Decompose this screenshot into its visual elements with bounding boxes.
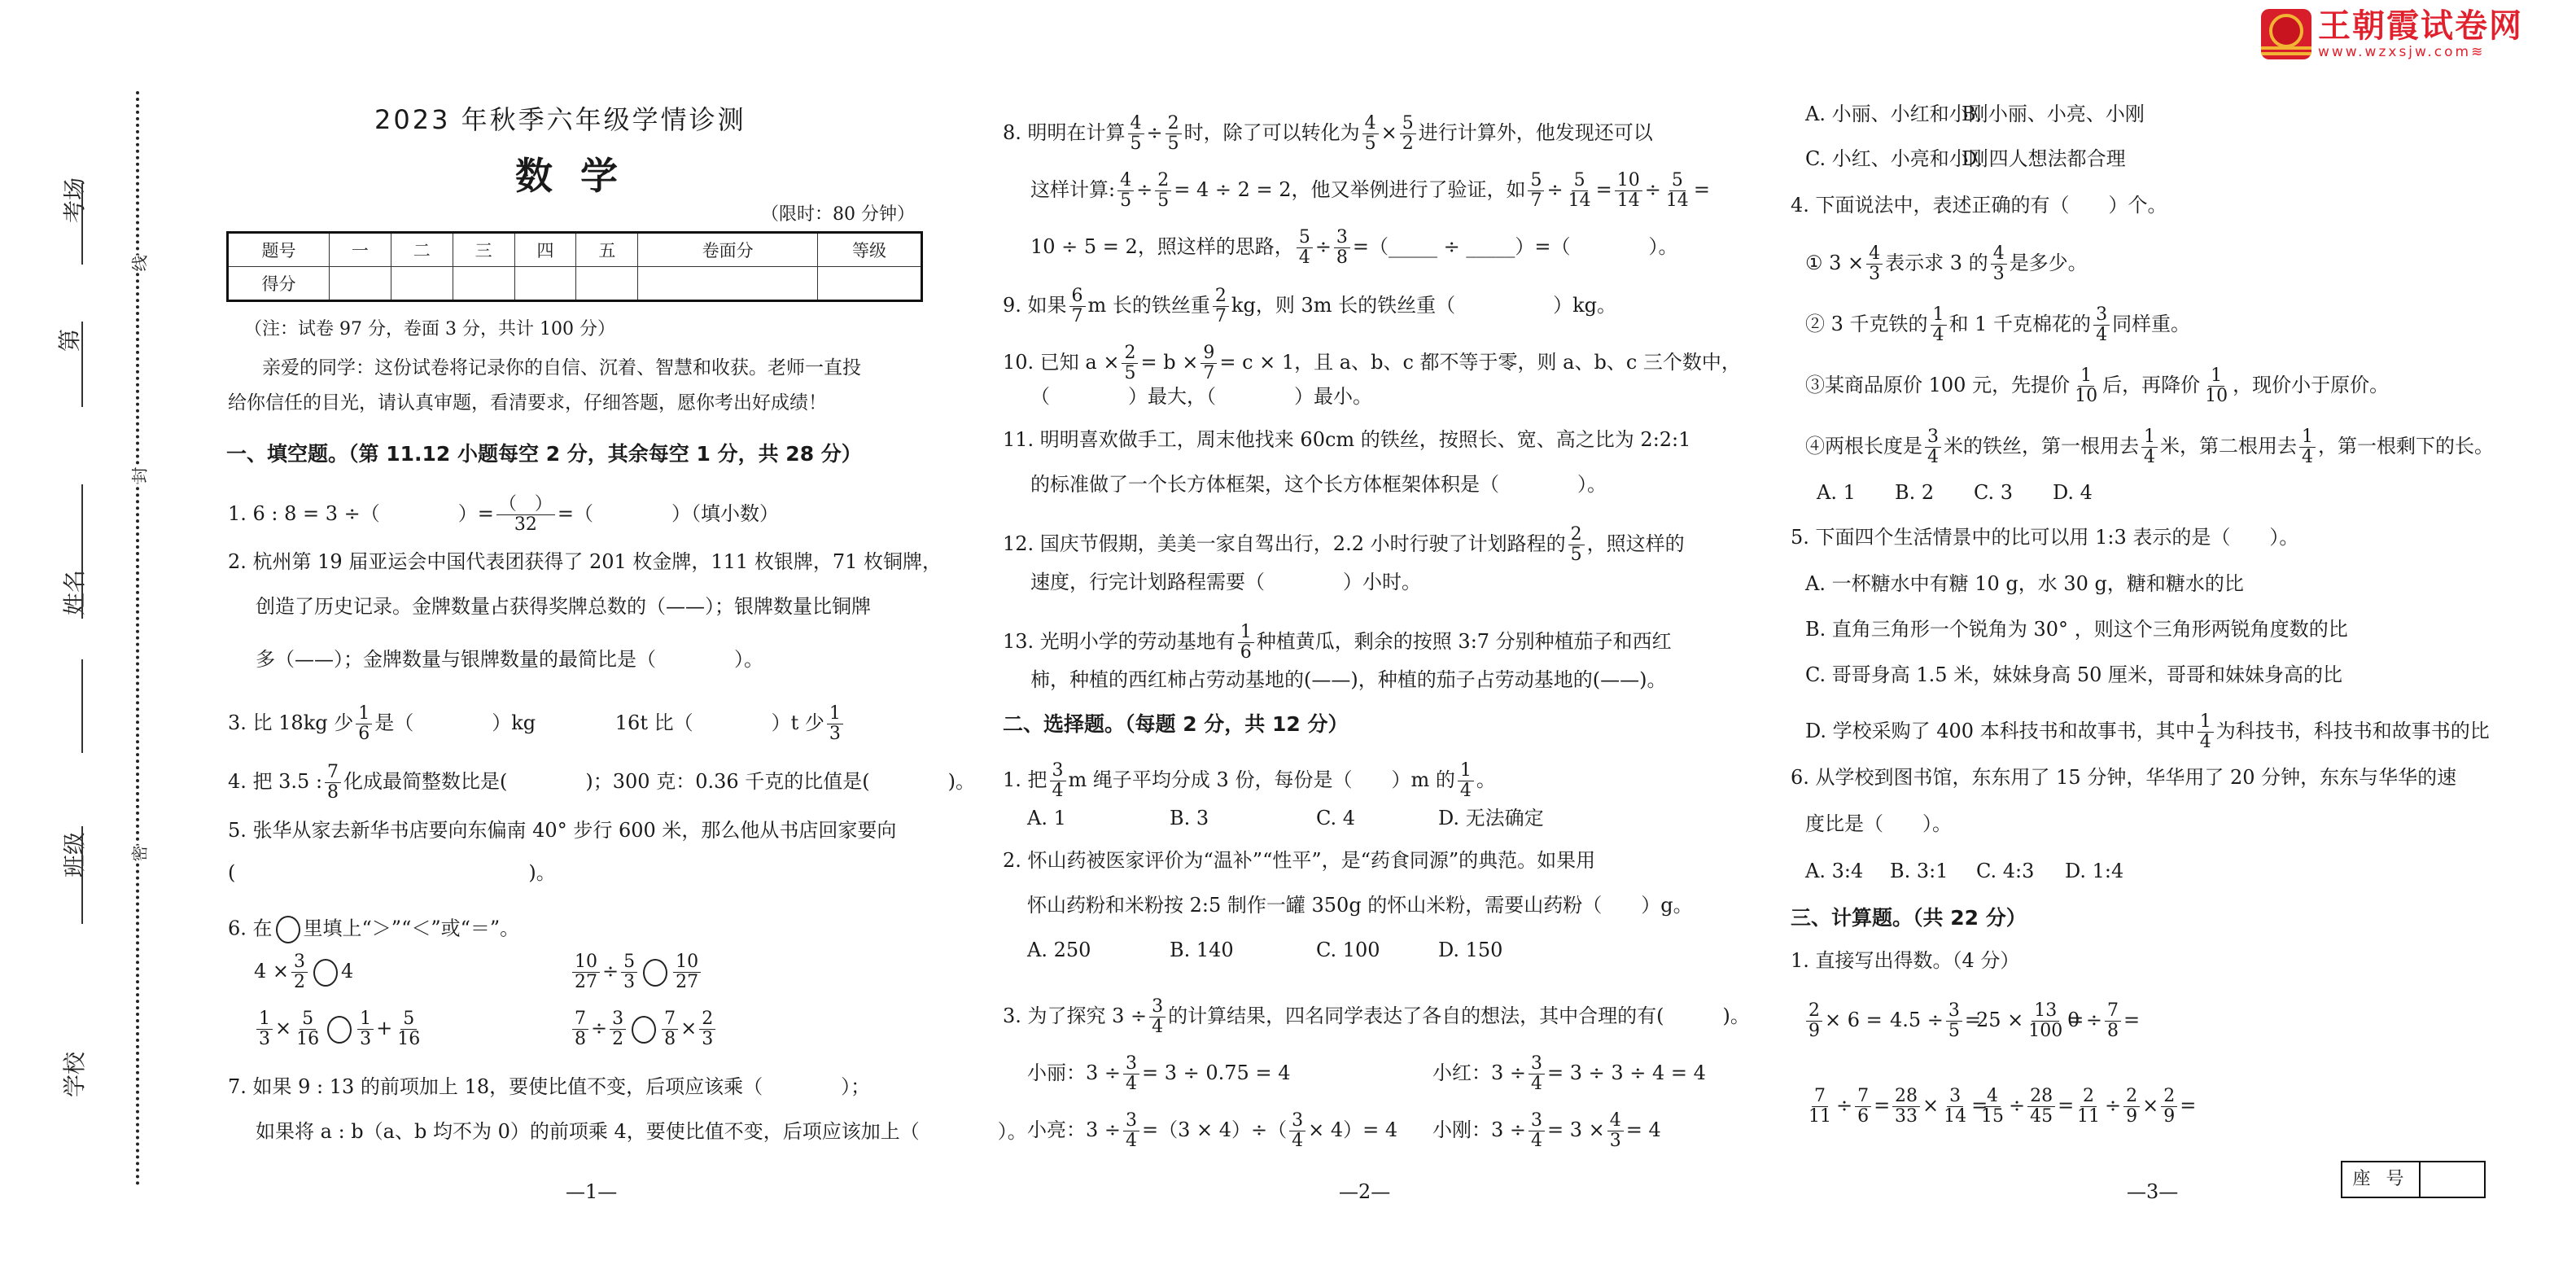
seat-number-input[interactable] — [2421, 1162, 2484, 1197]
logo-title: 王朝霞试卷网 — [2318, 8, 2523, 44]
question-1-3: 3. 比 18kg 少16是（ ）kg 16t 比（ ）t 少13 — [228, 704, 846, 744]
choice-2-3-stem: 3. 为了探究 3 ÷34的计算结果，四名同学表达了各自的想法，其中合理的有( … — [1003, 997, 1750, 1037]
compare-expr-4: 78÷3278×23 — [570, 1009, 718, 1049]
question-1-11-line1: 11. 明明喜欢做手工，周末他找来 60cm 的铁丝，按照长、宽、高之比为 2:… — [1003, 427, 1690, 452]
student-xiaogang-method: 小刚：3 ÷34= 3 ×43= 4 — [1432, 1111, 1661, 1151]
exam-room-blank — [81, 183, 83, 265]
name-field-blank[interactable] — [81, 484, 83, 619]
seat-order-blank — [81, 322, 83, 407]
score-cell: 得分 — [228, 267, 330, 301]
calc-item: 711÷76= — [1804, 1087, 1890, 1127]
compare-circle-icon — [276, 916, 300, 943]
score-input-cell[interactable] — [818, 267, 922, 301]
page-number-2: —2— — [1339, 1180, 1390, 1203]
question-1-8-line3: 10 ÷ 5 = 2，照这样的思路，54÷38=（_____ ÷ _____）=… — [1030, 228, 1678, 268]
question-1-12-line2: 速度，行完计划路程需要（ ）小时。 — [1030, 570, 1421, 594]
question-1-13-line2: 柿，种植的西红柿占劳动基地的(——)，种植的茄子占劳动基地的(——)。 — [1030, 667, 1666, 692]
choice-2-1: 1. 把34m 绳子平均分成 3 份，每份是（ ）m 的14。 — [1003, 761, 1496, 801]
choice-2-5-option-d[interactable]: D. 学校采购了 400 本科技书和故事书，其中14为科技书，科技书和故事书的比 — [1805, 712, 2490, 752]
seat-order-label: 第 — [52, 329, 85, 352]
score-input-cell[interactable] — [638, 267, 818, 301]
student-xiaoli-method: 小丽：3 ÷34= 3 ÷ 0.75 = 4 — [1027, 1054, 1290, 1094]
statement-3: ③某商品原价 100 元，先提价110后，再降价110，现价小于原价。 — [1805, 366, 2389, 406]
logo-badge-icon — [2261, 9, 2311, 59]
score-input-cell[interactable] — [391, 267, 453, 301]
student-xiaoliang-method: 小亮：3 ÷34=（3 × 4）÷（34× 4）= 4 — [1027, 1111, 1397, 1151]
question-1-4: 4. 把 3.5 :78化成最简整数比是( )；300 克：0.36 千克的比值… — [228, 763, 975, 803]
score-cell: 一 — [330, 233, 391, 267]
name-label: 姓名 — [57, 570, 90, 615]
question-1-1: 1. 6 : 8 = 3 ÷（ ）=（ ）32=（ ）（填小数） — [228, 495, 779, 535]
greeting-line-1: 亲爱的同学：这份试卷将记录你的自信、沉着、智慧和收获。老师一直投 — [262, 356, 861, 380]
score-cell: 等级 — [818, 233, 922, 267]
choice-2-4-option-c[interactable]: C. 3 — [1974, 480, 2013, 505]
question-1-8-line1: 8. 明明在计算45÷25时，除了可以转化为45×52进行计算外，他发现还可以 — [1003, 114, 1653, 154]
choice-2-6-option-d[interactable]: D. 1:4 — [2065, 859, 2123, 883]
seat-number-label: 座 号 — [2342, 1162, 2421, 1197]
score-input-cell[interactable] — [330, 267, 391, 301]
logo-url: www.wzxsjw.com≋ — [2318, 44, 2523, 60]
section-2-title: 二、选择题。（每题 2 分，共 12 分） — [1003, 708, 1349, 737]
choice-2-4-option-a[interactable]: A. 1 — [1817, 480, 1856, 505]
question-1-13-line1: 13. 光明小学的劳动基地有16种植黄瓜，剩余的按照 3:7 分别种植茄子和西红 — [1003, 623, 1672, 663]
score-table-score-row: 得分 — [228, 267, 922, 301]
statement-4: ④两根长度是34米的铁丝，第一根用去14米，第二根用去14，第一根剩下的长。 — [1805, 427, 2494, 467]
question-1-7-line2: 如果将 a : b（a、b 均不为 0）的前项乘 4，要使比值不变，后项应该加上… — [256, 1119, 1027, 1144]
score-input-cell[interactable] — [453, 267, 514, 301]
statement-2: ② 3 千克铁的14和 1 千克棉花的34同样重。 — [1805, 305, 2190, 345]
score-cell: 三 — [453, 233, 514, 267]
compare-expr-3: 13×51613+516 — [254, 1009, 425, 1049]
calc-item: 4.5 ÷35= — [1890, 1001, 1981, 1041]
school-field-blank[interactable] — [81, 826, 83, 924]
question-1-11-line2: 的标准做了一个长方体框架，这个长方体框架体积是（ ）。 — [1030, 472, 1607, 497]
choice-2-4-option-d[interactable]: D. 4 — [2053, 480, 2093, 505]
question-1-10-line2: （ ）最大，（ ）最小。 — [1030, 384, 1372, 409]
compare-expr-1: 4 ×324 — [254, 952, 353, 992]
calc-item: 2833×314= — [1890, 1087, 1988, 1127]
question-1-5-line1: 5. 张华从家去新华书店要向东偏南 40° 步行 600 米，那么他从书店回家要… — [228, 818, 896, 843]
cut-word-seal: 封 — [124, 467, 154, 484]
question-1-7-line1: 7. 如果 9 : 13 的前项加上 18，要使比值不变，后项应该乘（ ）； — [228, 1074, 870, 1099]
score-cell: 五 — [576, 233, 638, 267]
compare-circle-icon[interactable] — [632, 1016, 656, 1044]
score-input-cell[interactable] — [576, 267, 638, 301]
site-logo[interactable]: 王朝霞试卷网 www.wzxsjw.com≋ — [2261, 8, 2523, 60]
calc-item: 0 ÷78= — [2067, 1001, 2140, 1041]
calc-item: 211÷29×29= — [2072, 1087, 2196, 1127]
class-field-blank[interactable] — [81, 659, 83, 753]
choice-2-2-line1: 2. 怀山药被医家评价为“温补”“性平”，是“药食同源”的典范。如果用 — [1003, 848, 1595, 873]
choice-2-5-option-a[interactable]: A. 一杯糖水中有糖 10 g，水 30 g，糖和糖水的比 — [1805, 571, 2244, 596]
compare-circle-icon[interactable] — [327, 1016, 352, 1044]
section-3-title: 三、计算题。（共 22 分） — [1791, 902, 2027, 931]
question-1-12-line1: 12. 国庆节假期，美美一家自驾出行，2.2 小时行驶了计划路程的25，照这样的 — [1003, 525, 1685, 565]
cut-word-secret: 密 — [124, 846, 154, 862]
calc-item: 29× 6 = — [1804, 1001, 1883, 1041]
choice-2-1-option-b[interactable]: B. 3 — [1170, 806, 1209, 830]
score-table: 题号 一 二 三 四 五 卷面分 等级 得分 — [226, 231, 923, 302]
choice-2-6-option-a[interactable]: A. 3:4 — [1805, 859, 1863, 883]
greeting-line-2: 给你信任的目光，请认真审题，看清要求，仔细答题，愿你考出好成绩！ — [228, 391, 827, 415]
exam-title: 2023 年秋季六年级学情诊测 — [374, 99, 746, 137]
question-1-9: 9. 如果67m 长的铁丝重27kg，则 3m 长的铁丝重（ ）kg。 — [1003, 287, 1616, 326]
choice-2-6-line2: 度比是（ ）。 — [1805, 812, 1952, 836]
score-cell: 卷面分 — [638, 233, 818, 267]
class-label: 班级 — [57, 832, 90, 878]
compare-expr-2: 1027÷531027 — [570, 952, 703, 992]
question-1-6-stem: 6. 在里填上“＞”“＜”或“＝”。 — [228, 916, 519, 943]
score-input-cell[interactable] — [514, 267, 576, 301]
choice-2-1-option-d[interactable]: D. 无法确定 — [1438, 806, 1544, 830]
choice-2-3-option-b[interactable]: B. 小丽、小亮、小刚 — [1962, 102, 2145, 126]
choice-2-2-line2: 怀山药粉和米粉按 2:5 制作一罐 350g 的怀山米粉，需要山药粉（ ）g。 — [1027, 893, 1693, 917]
score-cell: 题号 — [228, 233, 330, 267]
choice-2-1-option-a[interactable]: A. 1 — [1027, 806, 1066, 830]
choice-2-3-option-a[interactable]: A. 小丽、小红和小刚 — [1805, 102, 1988, 126]
question-1-2-line3: 多（——）；金牌数量与银牌数量的最简比是（ ）。 — [256, 647, 763, 672]
question-1-8-line2: 这样计算:45÷25= 4 ÷ 2 = 2，他又举例进行了验证，如57÷514=… — [1030, 171, 1710, 211]
choice-2-1-option-c[interactable]: C. 4 — [1316, 806, 1355, 830]
cut-word-line: 线 — [124, 256, 154, 272]
choice-2-5-option-b[interactable]: B. 直角三角形一个锐角为 30° ，则这个三角形两锐角度数的比 — [1805, 617, 2348, 641]
choice-2-2-option-a[interactable]: A. 250 — [1027, 938, 1091, 962]
choice-2-2-option-c[interactable]: C. 100 — [1316, 938, 1380, 962]
choice-2-6-option-c[interactable]: C. 4:3 — [1976, 859, 2034, 883]
choice-2-5-option-c[interactable]: C. 哥哥身高 1.5 米，妹妹身高 50 厘米，哥哥和妹妹身高的比 — [1805, 663, 2342, 687]
question-1-5-line2: ( )。 — [228, 860, 556, 885]
compare-circle-icon[interactable] — [643, 959, 667, 987]
choice-2-6-option-b[interactable]: B. 3:1 — [1890, 859, 1948, 883]
score-table-header-row: 题号 一 二 三 四 五 卷面分 等级 — [228, 233, 922, 267]
page-number-1: —1— — [566, 1180, 617, 1203]
calc-1-title: 1. 直接写出得数。（4 分） — [1791, 948, 2019, 973]
statement-1: ① 3 ×43表示求 3 的43是多少。 — [1805, 244, 2088, 284]
choice-2-4-option-b[interactable]: B. 2 — [1895, 480, 1934, 505]
choice-2-2-option-d[interactable]: D. 150 — [1438, 938, 1502, 962]
school-label: 学校 — [57, 1052, 90, 1097]
page-number-3: —3— — [2127, 1180, 2178, 1203]
student-xiaohong-method: 小红：3 ÷34= 3 ÷ 3 ÷ 4 = 4 — [1432, 1054, 1706, 1094]
score-note: （注：试卷 97 分，卷面 3 分，共计 100 分） — [244, 317, 615, 342]
subject-title: 数学 — [515, 147, 645, 200]
question-1-2-line1: 2. 杭州第 19 届亚运会中国代表团获得了 201 枚金牌，111 枚银牌，7… — [228, 549, 942, 574]
compare-circle-icon[interactable] — [313, 959, 338, 987]
section-1-title: 一、填空题。（第 11.12 小题每空 2 分，其余每空 1 分，共 28 分） — [226, 438, 862, 467]
time-limit: （限时：80 分钟） — [761, 200, 915, 225]
choice-2-5-stem: 5. 下面四个生活情景中的比可以用 1:3 表示的是（ ）。 — [1791, 525, 2298, 549]
question-1-10-line1: 10. 已知 a ×25= b ×97= c × 1，且 a、b、c 都不等于零… — [1003, 344, 1741, 383]
choice-2-2-option-b[interactable]: B. 140 — [1170, 938, 1234, 962]
question-1-2-line2: 创造了历史记录。金牌数量占获得奖牌总数的（——）；银牌数量比铜牌 — [256, 594, 871, 619]
choice-2-6-line1: 6. 从学校到图书馆，东东用了 15 分钟，华华用了 20 分钟，东东与华华的速 — [1791, 765, 2456, 790]
score-cell: 四 — [514, 233, 576, 267]
seat-number-box[interactable]: 座 号 — [2341, 1161, 2486, 1198]
score-cell: 二 — [391, 233, 453, 267]
calc-item: 415÷2845= — [1976, 1087, 2074, 1127]
choice-2-3-option-d[interactable]: D. 四人想法都合理 — [1962, 147, 2126, 171]
choice-2-4-stem: 4. 下面说法中，表述正确的有（ ）个。 — [1791, 193, 2167, 217]
exam-room-label: 考场 — [57, 177, 90, 223]
